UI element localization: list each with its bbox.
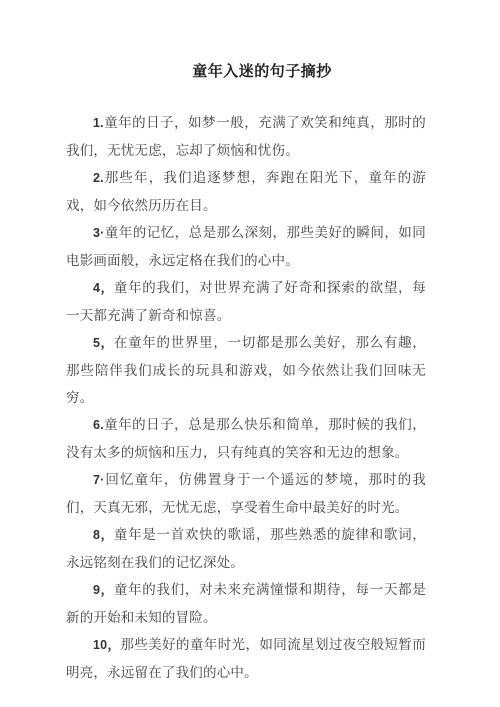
quote-number-5: 5， — [93, 336, 114, 350]
quote-text-6: 童年的日子，总是那么快乐和简单，那时候的我们，没有太多的烦恼和压力，只有纯真的笑… — [66, 417, 426, 460]
quote-number-10: 10， — [93, 638, 120, 652]
quote-paragraph-5: 5，在童年的世界里，一切都是那么美好，那么有趣，那些陪伴我们成长的玩具和游戏，如… — [66, 329, 426, 411]
quote-text-7: 回忆童年，仿佛置身于一个遥远的梦境，那时的我们，天真无邪，无忧无虑，享受着生命中… — [66, 472, 426, 515]
document-title: 童年入迷的句子摘抄 — [0, 0, 500, 80]
quote-text-10: 那些美好的童年时光，如同流星划过夜空般短暂而明亮，永远留在了我们的心中。 — [66, 637, 426, 680]
quote-paragraph-10: 10，那些美好的童年时光，如同流星划过夜空般短暂而明亮，永远留在了我们的心中。 — [66, 631, 426, 686]
quote-text-2: 那些年，我们追逐梦想，奔跑在阳光下，童年的游戏，如今依然历历在目。 — [66, 170, 426, 213]
quote-number-4: 4， — [93, 281, 114, 295]
quote-number-6: 6. — [93, 418, 104, 432]
quote-text-3: 童年的记忆，总是那么深刻，那些美好的瞬间，如同电影画面般，永远定格在我们的心中。 — [66, 225, 426, 268]
quote-paragraph-3: 3·童年的记忆，总是那么深刻，那些美好的瞬间，如同电影画面般，永远定格在我们的心… — [66, 219, 426, 274]
quote-text-9: 童年的我们，对未来充满憧憬和期待，每一天都是新的开始和未知的冒险。 — [66, 582, 426, 625]
quote-text-1: 童年的日子，如梦一般，充满了欢笑和纯真，那时的我们，无忧无虑，忘却了烦恼和忧伤。 — [66, 115, 426, 158]
quote-number-8: 8， — [93, 528, 114, 542]
quote-paragraph-7: 7·回忆童年，仿佛置身于一个遥远的梦境，那时的我们，天真无邪，无忧无虑，享受着生… — [66, 466, 426, 521]
document-page: 童年入迷的句子摘抄 1.童年的日子，如梦一般，充满了欢笑和纯真，那时的我们，无忧… — [0, 0, 500, 707]
quote-text-4: 童年的我们，对世界充满了好奇和探索的欲望，每一天都充满了新奇和惊喜。 — [66, 280, 426, 323]
quote-paragraph-1: 1.童年的日子，如梦一般，充满了欢笑和纯真，那时的我们，无忧无虑，忘却了烦恼和忧… — [66, 109, 426, 164]
quote-number-9: 9， — [93, 583, 114, 597]
quote-number-7: 7· — [93, 473, 105, 487]
quote-paragraph-2: 2.那些年，我们追逐梦想，奔跑在阳光下，童年的游戏，如今依然历历在目。 — [66, 164, 426, 219]
quote-number-1: 1. — [93, 116, 104, 130]
quote-text-5: 在童年的世界里，一切都是那么美好，那么有趣，那些陪伴我们成长的玩具和游戏，如今依… — [66, 335, 426, 405]
quote-text-8: 童年是一首欢快的歌谣，那些熟悉的旋律和歌词，永远铭刻在我们的记忆深处。 — [66, 527, 426, 570]
quote-paragraph-8: 8，童年是一首欢快的歌谣，那些熟悉的旋律和歌词，永远铭刻在我们的记忆深处。 — [66, 521, 426, 576]
quote-paragraph-9: 9，童年的我们，对未来充满憧憬和期待，每一天都是新的开始和未知的冒险。 — [66, 576, 426, 631]
quote-number-2: 2. — [93, 171, 104, 185]
document-body: 1.童年的日子，如梦一般，充满了欢笑和纯真，那时的我们，无忧无虑，忘却了烦恼和忧… — [0, 109, 500, 686]
quote-number-3: 3· — [93, 226, 105, 240]
quote-paragraph-6: 6.童年的日子，总是那么快乐和简单，那时候的我们，没有太多的烦恼和压力，只有纯真… — [66, 411, 426, 466]
quote-paragraph-4: 4，童年的我们，对世界充满了好奇和探索的欲望，每一天都充满了新奇和惊喜。 — [66, 274, 426, 329]
